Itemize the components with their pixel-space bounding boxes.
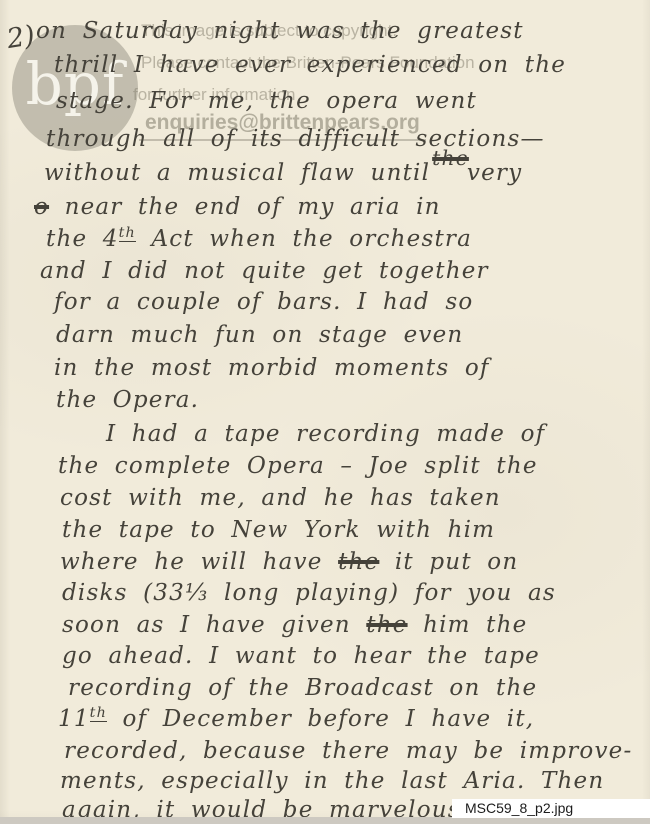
- letter-text: disks (33⅓ long playing) for you as: [62, 580, 556, 606]
- letter-text: darn much fun on stage even: [56, 322, 463, 348]
- letter-line: the Opera.: [56, 385, 199, 415]
- letter-line: the complete Opera – Joe split the: [58, 451, 538, 481]
- letter-text: very: [467, 160, 522, 186]
- letter-text: I had a tape recording made of: [106, 421, 545, 447]
- struck-word: the: [366, 612, 407, 638]
- struck-inserted-word: the: [432, 143, 469, 173]
- letter-line: where he will have the it put on: [60, 547, 518, 577]
- letter-text: of December before I have it,: [107, 706, 534, 732]
- letter-text: 11: [58, 706, 90, 732]
- superscript-ordinal: th: [119, 225, 136, 242]
- letter-line: through all of its difficult sections—: [46, 124, 545, 154]
- scan-edge-strip: [0, 817, 650, 824]
- letter-line: for a couple of bars. I had so: [54, 287, 473, 317]
- letter-text: through all of its difficult sections—: [46, 126, 545, 152]
- letter-text: recording of the Broadcast on the: [68, 675, 537, 701]
- letter-text: the complete Opera – Joe split the: [58, 453, 538, 479]
- letter-text: without a musical flaw until: [44, 160, 430, 186]
- letter-text: it put on: [379, 549, 518, 575]
- letter-text: for a couple of bars. I had so: [54, 289, 473, 315]
- letter-line: ments, especially in the last Aria. Then: [60, 766, 604, 796]
- letter-line: and I did not quite get together: [40, 256, 489, 286]
- letter-line: go ahead. I want to hear the tape: [62, 641, 540, 671]
- scanned-letter-page: bpf This image is subject to copyright. …: [0, 0, 650, 824]
- letter-line: in the most morbid moments of: [54, 353, 490, 383]
- struck-word: o: [34, 194, 49, 220]
- letter-text: Act when the orchestra: [136, 226, 472, 252]
- struck-word: the: [338, 549, 379, 575]
- letter-text: on Saturday night was the greatest: [36, 18, 524, 44]
- letter-line: recorded, because there may be improve-: [64, 736, 632, 766]
- letter-line: 11th of December before I have it,: [58, 704, 534, 734]
- letter-text: the tape to New York with him: [62, 517, 495, 543]
- letter-text: stage. For me, the opera went: [56, 88, 477, 114]
- superscript-ordinal: th: [90, 705, 107, 722]
- letter-line: recording of the Broadcast on the: [68, 673, 537, 703]
- letter-line: I had a tape recording made of: [106, 419, 545, 449]
- letter-text: near the end of my aria in: [49, 194, 441, 220]
- letter-line: thrill I have ever experienced on the: [54, 50, 566, 80]
- letter-text: him the: [408, 612, 528, 638]
- letter-text: the Opera.: [56, 387, 199, 413]
- letter-text: ments, especially in the last Aria. Then: [60, 768, 604, 794]
- letter-text: go ahead. I want to hear the tape: [62, 643, 540, 669]
- letter-text: cost with me, and he has taken: [60, 485, 501, 511]
- letter-line: o near the end of my aria in: [34, 192, 441, 222]
- letter-text: soon as I have given: [62, 612, 366, 638]
- letter-line: the 4th Act when the orchestra: [46, 224, 472, 254]
- letter-line: without a musical flaw untilthevery: [44, 158, 522, 188]
- letter-text: the 4: [46, 226, 119, 252]
- letter-text: thrill I have ever experienced on the: [54, 52, 566, 78]
- letter-line: darn much fun on stage even: [56, 320, 463, 350]
- letter-line: stage. For me, the opera went: [56, 86, 477, 116]
- letter-body: on Saturday night was the greatestthrill…: [0, 0, 650, 824]
- filename-label: MSC59_8_p2.jpg: [452, 799, 650, 818]
- letter-line: cost with me, and he has taken: [60, 483, 501, 513]
- letter-text: recorded, because there may be improve-: [64, 738, 632, 764]
- letter-text: where he will have: [60, 549, 338, 575]
- letter-line: disks (33⅓ long playing) for you as: [62, 578, 556, 608]
- letter-text: in the most morbid moments of: [54, 355, 490, 381]
- letter-line: on Saturday night was the greatest: [36, 16, 524, 46]
- letter-line: soon as I have given the him the: [62, 610, 527, 640]
- letter-text: and I did not quite get together: [40, 258, 489, 284]
- letter-line: the tape to New York with him: [62, 515, 495, 545]
